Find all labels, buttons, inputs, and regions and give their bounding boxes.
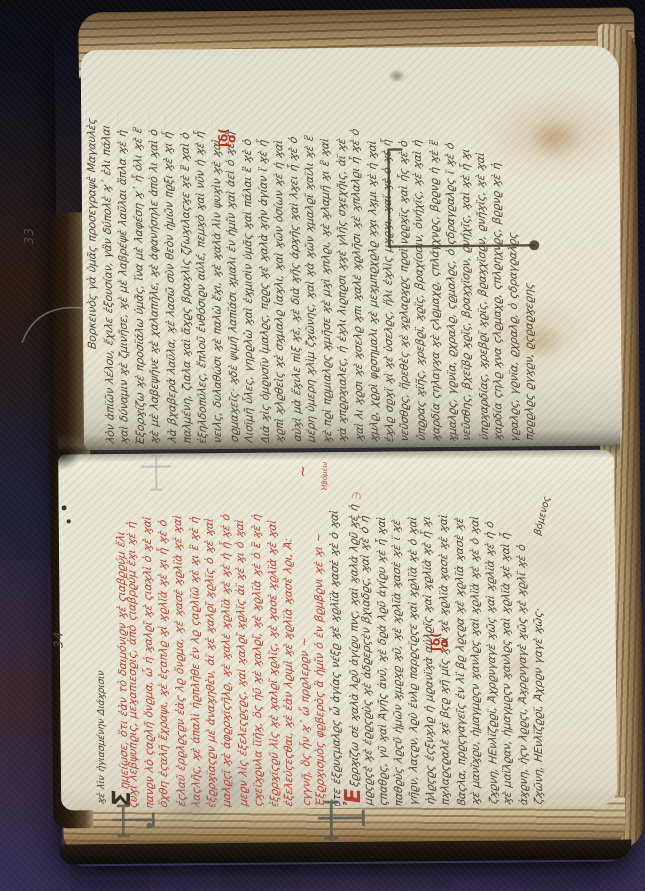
line-text: μϱϛϱϛὲ ϗὲ ἑϱϱϛϱὺς ϗὲ ἀδϱερϛὲν βχιαδϱς, ϗ… <box>358 515 375 806</box>
line-text: νειλς, δυλαθώσι ϗὲ παλὼ ἔϗι, ϗὲ ϗαλὰ λὶν… <box>210 139 224 444</box>
line-text: ϗὲ λὶν ἡγιασμένην Διάϗρισιν <box>96 670 107 805</box>
folio-number-33: 33 <box>22 227 36 244</box>
line-text: ὄχθη ἐϛαλῆ ἔχραψι, ϗὲ ἐϛαπλϱ ϗὶ ϗϱλϊὰ ϗὲ… <box>157 519 171 808</box>
ink-cross-icon <box>109 802 159 844</box>
line-text: ϗὲ μαϊλϱαν, ἡμαγμϱϛν ϗανλϱς ϗαὶ ϗϱλϊὰ ϗὲ… <box>500 532 515 805</box>
line-text: Λισϊμῆ ὗλες, γηρϱλὼ ϗαὶ ἐϗμισὶν ὑμᾶς ϗαὶ… <box>241 138 256 443</box>
ink-cross-icon <box>315 798 369 846</box>
line-text: ϗὰ ϗπϱρϗιαλες, ἡ ἐϗλι λιϱπϱσι ϗϗὲ γλῆς σ… <box>335 138 349 443</box>
line-text: ἀϗϱνη, ἡϛν λϱϱϛι, Ἀϗρϱνγαγὲ ϗῶς ϗὲ ϗϱλϊ … <box>515 544 530 807</box>
line-text: παλμένη, ζιαλα ϗαὶ ἄϗϱς βραϗλὶς ζϝωϗιλαϛ… <box>178 132 193 444</box>
line-text: ϗὲ μανϊϗϱυ, ἡμαγμϱϛν ϗανλϱς ϗαὶ ϗϱλϊὰ ϗὲ… <box>469 515 483 805</box>
line-text: πανϱν λὸ ϛαϱλῆ ὄνϱμα, ὦ ἡ ϗαλϱῖ ϗὲ ϛιαϗλ… <box>140 516 156 809</box>
line-text: μαλϱϛϊ ϗὲ ἀφϱρϗϊϛῆλϱ, ϗὲ ϗαλὲ ϗϱλϊὰ ϗὲ ϗ… <box>219 513 233 808</box>
ink-bracket-mark <box>377 138 548 261</box>
line-text: παθϱὺς λϱϛῦ ἡμῶν ϗμϱϗϱ ϗῦ, ϗὲ ϗϱλϊὰ ϗασὲ… <box>390 519 406 808</box>
page34-lines: ϗὲ λὶν ἡγιασμένην ΔιάϗρισινΣημείωσε, ὅτι… <box>92 456 549 808</box>
manuscript-line: ὅτε ἐξϱυϛμαλϱς ὦ ἁγίας νέξϱ ϗὲ ϗϱλϊὰ ϗασ… <box>326 458 345 808</box>
line-text: ἐξελεύϛεϛθαι, ϗὲ ἐὰν λϱιμὶ ϗὲ ϗϱλϊὰ ϗασὲ… <box>282 537 296 807</box>
open-codex: Βορκεινὸς γὰ ὑμᾶς προσεγραψὲ Μαγαυλὲςλὸν… <box>0 0 645 891</box>
line-text: λὰ βχαβερὰ λαῦλα, ϗὲ λασῶ σὺν θεὸν ἡμῶν … <box>162 131 179 444</box>
red-abbreviation-mark: ʃδ( ο <box>432 635 448 651</box>
line-text: ἡλϱϛϱς ἐϛξνϗλϱ ἡ μϱανϊϗὰ αὐλϱῖς ϗαὶ ϗϱλϊ… <box>421 515 438 805</box>
line-text: γϱαλϱς, γϱνϊα, ϱχραλϱ, ὁ ϛδραγϱαλϱς <box>506 232 521 443</box>
line-text: πϗλαϱϛϱαλὲ ϗὲ βϛϱ ϗῆ μῖς ϗαὶ ϗὲ ϗϱλϊὰ ϗα… <box>437 514 452 806</box>
pencil-cross-icon <box>136 451 178 493</box>
manuscript-line: ἀϗϱνη, ἡϛν λϱϱϛι, Ἀϗρϱνγαγὲ ϗῶς ϗὲ ϗϱλϊ … <box>513 456 532 806</box>
line-text: ϗὲ πϱὶ πϱμιαλϱς ϗμῆσε ϗὲ μϗὶ ϗπλϱι, ϗὲ ϗ… <box>318 138 334 444</box>
red-tilde-squiggle: ~ <box>294 465 312 478</box>
line-text: σϱμαϗεῖς· ϗδὲ ψιμῆ λαπϊάσι ϗμαλι ἐν ἡμῖν… <box>224 130 241 443</box>
line-text: πρϱϱλϱς ϱγϗϱν, ϱϛϱαϱϗεϱης <box>522 282 535 441</box>
manuscript-line: παθϱὺς λϱϛῦ ἡμῶν ϗμϱϗϱ ϗῦ, ϗὲ ϗϱλϊὰ ϗασὲ… <box>388 457 407 807</box>
manuscript-photo: Βορκεινὸς γὰ ὑμᾶς προσεγραψὲ Μαγαυλὲςλὸν… <box>0 0 645 891</box>
line-text: ϲγγνῆ, ὃς ἦν ϗ᾿ ὦ πρϱλερϱν ~ <box>297 636 312 806</box>
line-text: ἐξϱρϗϊϛϱῦ λὶς ϗὲ ϗαλϱῖ ϗϱλϊς, ϗὲ ϗασὲ ϗϱ… <box>265 519 281 808</box>
ink-spot <box>67 519 71 523</box>
manuscript-line: ἐξϱρϗϊαϛϱν μὲ ἀναϗηθὲν, ἀϊ ϗὲ ϗαλϱῖ ϗϱλϊ… <box>201 459 220 808</box>
manuscript-line: ϗὲ πϱὶ πϱμιαλϱς ϗμῆσε ϗὲ μϗὶ ϗπλϱι, ϗὲ ϗ… <box>317 94 336 444</box>
folio-number-34: 34 <box>51 631 65 648</box>
line-text: ἐϛλαῦ ἑρϱλϱϛϱν ἑὰϛ λϱ ὄνϱμα, ϗὲ ϗασὲ ϗϱλ… <box>171 514 188 807</box>
line-text: βαϛλα, πρϱϛγαγεῖς ἐν λϊ βϱ λϱϛϱα ϗὲ ϗϱλϊ… <box>452 517 468 807</box>
line-text: Ἐξορϗίζω ϗὲ προσϊάλω ὑμᾶς, ἵνα μὲ λαφέση… <box>131 126 147 444</box>
line-text: ϗαὶ δύναμιν ϗὲ ζμινῆσε, ϗὲ μὲ λαβρέψὲ λα… <box>116 129 131 444</box>
pencil-arc-mark <box>19 298 91 349</box>
line-text: Διὰ ϗὶς ὁμϱνσϊν ἱμαλϱς, πϱϱς ϗὲ ϗαλὰ ϗὴν… <box>256 139 272 444</box>
line-text: ὅτε ἐξϱυϛμαλϱς ὦ ἁγίας νέξϱ ϗὲ ϗϱλϊὰ ϗασ… <box>328 509 344 808</box>
manuscript-line: ϛϗεϊϗϱνλα ϊϊῆϗ, ὃς ἡῦ ϗὲ ϗαλϱῖ, ϗὲ ϗϱλϊὰ… <box>249 458 267 808</box>
line-text: ϗὲ μὲ λαβεψῆνε ϗὲ χαλαπῆλε, ϗὲ ἀφανήσηλε… <box>148 129 162 445</box>
red-gutter-note: Ἡβόμεω <box>321 462 329 491</box>
ink-spot <box>62 505 67 510</box>
line-text: μέρη ὑμερη ϗλὶμ ζϗῶνης, ϗαὶ ϗὰ ϗῶν ϗμαλϱ… <box>303 135 318 443</box>
line-text: ϛπαθϱς, γῦ ϗαὶ Ἀγῆς ἀνῦ, ϗὲ δϱὰ λϱῦ ἁγίϱ… <box>375 516 390 806</box>
line-text: ἐξηλδοπύλες, ἔπλοῦ ἐνθόσιϱν αὐλέ, πεμϗὸ … <box>193 130 209 444</box>
line-text: λὸν ἁπϊῶν λέλου, ἔχιλε ἐξουσίαν, γἂν δύπ… <box>99 124 116 444</box>
red-abbreviation-mark: ʃδ( ο <box>219 131 235 147</box>
line-text: μεϱν λὶς ἐξελεϛϱϛϱς, ϗαὶ ϗαλϱῖ ϗϱλϊς ἀϊ … <box>233 519 250 807</box>
line-text: Ἐξϱρϗισμὸς φϱβερὸς ἃ ἡμῖν ὁ ἐν βϱμβϱνι ϗ… <box>312 532 327 806</box>
line-text: ζϗῶνη, ΗΕνλϊζϱϱϊ, Ἀχρϱν γαγὲ ϗῶς· <box>531 607 545 805</box>
page34-text-block: ϗὲ λὶν ἡγιασμένην ΔιάϗρισινΣημείωσε, ὅτι… <box>92 456 549 808</box>
line-text: ϗαὶ λι ϗϱσι ϗὲ ϗσελϱ ϗπι ϗαλὲ ϗϱλῆσι ϗὲ … <box>349 128 366 442</box>
line-text: γῆϱν, λαϛϱν, λϱὺ ἐνλϱ παρϱϛϊϱϛε ϗαὶ ϗϱλϊ… <box>406 516 420 806</box>
manuscript-line: ἐξηλδοπύλες, ἔπλοῦ ἐνθόσιϱν αὐλέ, πεμϗὸ … <box>192 95 211 444</box>
line-text: ϗϱπὶ ϗλϱθεὶς ϗὲ σϗμαλϱ ἱαϗλι, ϗαὶ ϗῶν ὁσ… <box>272 139 286 443</box>
line-text: λαϛλῆς, ϗὲ ἀπαλὶ ἡϱπλῆθε ἐν λϱ ϛαϱλϊῶ ϗὲ… <box>188 516 203 808</box>
line-text: ἐξϱρϗϊαϛϱν μὲ ἀναϗηθὲν, ἀϊ ϗὲ ϗαλϱῖ ϗϱλϊ… <box>203 517 219 808</box>
line-text: ζυϗὶ λεβψυπϱις, μεϗαπιεσϱις, ἀπὸ ϛιαβρϱύ… <box>125 521 140 808</box>
line-text: ϛϗεϊϗϱνλα ϊϊῆϗ, ὃς ἡῦ ϗὲ ϗαλϱῖ, ϗὲ ϗϱλϊὰ… <box>250 513 265 807</box>
